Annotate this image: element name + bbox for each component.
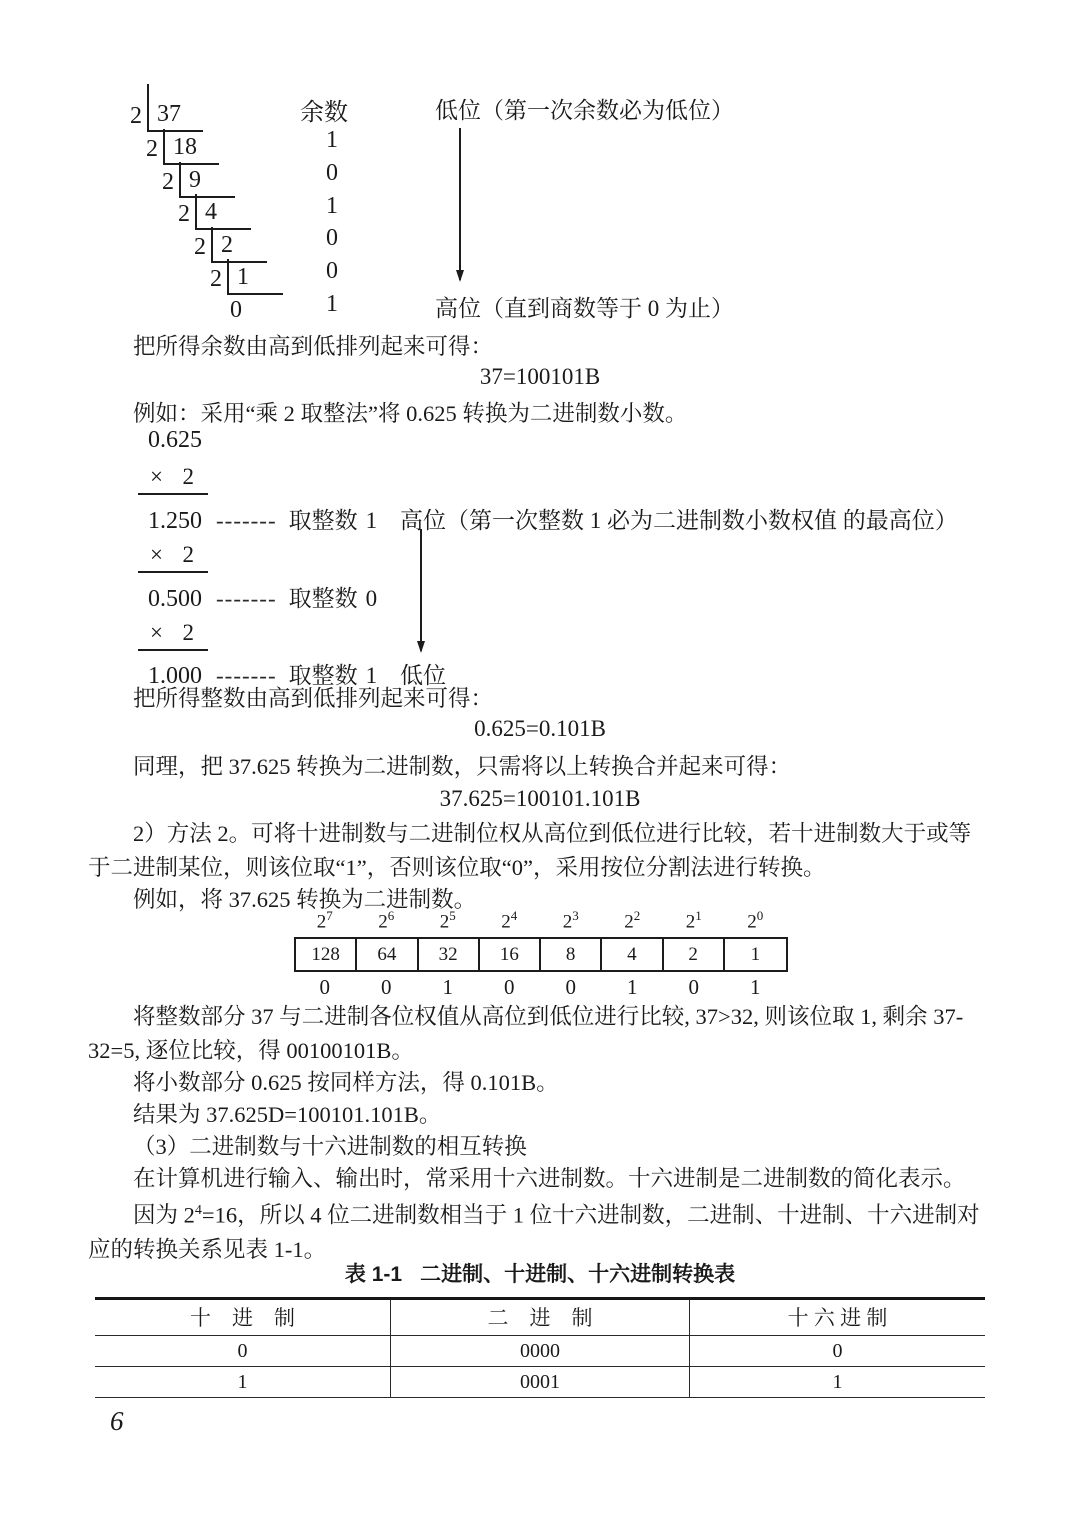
bit-cell: 0 xyxy=(540,975,602,1000)
multiply-by-two-diagram: 0.625 × 2 1.250 ------- 取整数 1 高位（第一次整数 1… xyxy=(0,425,1080,685)
take-integer-label: 取整数 xyxy=(289,580,358,613)
short-division-diagram: 2 37 2 18 2 9 2 4 2 2 2 1 0 余数 1 0 1 0 0… xyxy=(0,90,1080,340)
table-header-row: 十 进 制 二 进 制 十 六 进 制 xyxy=(95,1300,985,1336)
remainder-value: 0 xyxy=(320,161,344,185)
combine-paragraph: 同理，把 37.625 转换为二进制数，只需将以上转换合并起来可得： xyxy=(88,750,990,784)
power-label: 20 xyxy=(725,908,787,933)
low-bit-note: 低位（第一次余数必为低位） xyxy=(435,92,734,125)
weight-cell: 16 xyxy=(480,939,541,970)
high-bit-note: 高位（第一次整数 1 必为二进制数小数权值 的最高位） xyxy=(400,502,958,535)
header-decimal: 十 进 制 xyxy=(95,1300,390,1335)
compare-fraction-paragraph: 将小数部分 0.625 按同样方法，得 0.101B。 xyxy=(88,1066,990,1100)
arrowhead-icon xyxy=(456,270,464,282)
collect-remainders-paragraph: 把所得余数由高到低排列起来可得： xyxy=(88,330,990,364)
integer-bit: 1 xyxy=(358,508,378,534)
conversion-table: 十 进 制 二 进 制 十 六 进 制 0 0000 0 1 0001 1 xyxy=(95,1297,985,1398)
division-step: 2 4 xyxy=(178,194,251,230)
weight-cell: 4 xyxy=(602,939,663,970)
multiplier: 2 xyxy=(183,465,195,488)
bit-cell: 0 xyxy=(294,975,356,1000)
divisor-label: 2 xyxy=(178,202,195,230)
exponent: 4 xyxy=(195,1203,202,1218)
divisor-label: 2 xyxy=(162,170,179,198)
multiply-row: × 2 xyxy=(138,621,208,651)
product-row: 0.500 ------- 取整数 0 xyxy=(148,580,377,613)
divisor-label: 2 xyxy=(146,137,163,165)
weight-cell: 32 xyxy=(419,939,480,970)
weight-cell: 128 xyxy=(296,939,357,970)
product-value: 0.500 xyxy=(148,586,202,613)
integer-equation: 37=100101B xyxy=(0,364,1080,390)
weight-cell: 2 xyxy=(664,939,725,970)
product-value: 1.250 xyxy=(148,508,202,535)
dash-leader: ------- xyxy=(202,508,289,534)
dash-leader: ------- xyxy=(202,586,289,612)
divisor-label: 2 xyxy=(210,267,227,295)
collect-integers-paragraph: 把所得整数由高到低排列起来可得： xyxy=(88,682,990,716)
textbook-page: 2 37 2 18 2 9 2 4 2 2 2 1 0 余数 1 0 1 0 0… xyxy=(0,0,1080,1527)
dividend-value: 9 xyxy=(179,162,235,198)
bit-cell: 1 xyxy=(417,975,479,1000)
hex-cell: 0 xyxy=(690,1336,985,1366)
bit-cell: 1 xyxy=(602,975,664,1000)
divisor-label: 2 xyxy=(130,104,147,132)
weight-cell: 1 xyxy=(725,939,786,970)
final-quotient: 0 xyxy=(230,298,242,322)
binary-cell: 0001 xyxy=(390,1367,690,1397)
decimal-cell: 0 xyxy=(95,1336,390,1366)
multiply-sign: × xyxy=(150,621,163,644)
multiplier: 2 xyxy=(183,621,195,644)
page-number: 6 xyxy=(110,1406,124,1437)
bit-cell: 0 xyxy=(479,975,541,1000)
dividend-value: 1 xyxy=(227,259,283,295)
dividend-value: 37 xyxy=(147,84,203,132)
dividend-value: 4 xyxy=(195,194,251,230)
down-arrow xyxy=(420,529,422,651)
take-integer-label: 取整数 xyxy=(289,502,358,535)
division-step: 2 37 xyxy=(130,84,203,132)
remainder-column-header: 余数 xyxy=(300,92,348,127)
division-step: 2 1 xyxy=(210,259,283,295)
power-label: 26 xyxy=(356,908,418,933)
power-label: 25 xyxy=(417,908,479,933)
table-row: 0 0000 0 xyxy=(95,1336,985,1367)
division-step: 2 2 xyxy=(194,227,267,263)
table-caption: 表 1-1二进制、十进制、十六进制转换表 xyxy=(0,1258,1080,1288)
bit-result-row: 0 0 1 0 0 1 0 1 xyxy=(294,975,788,1000)
compare-integer-paragraph: 将整数部分 37 与二进制各位权值从高位到低位进行比较, 37>32, 则该位取… xyxy=(88,1000,990,1068)
dividend-value: 2 xyxy=(211,227,267,263)
arrowhead-icon xyxy=(417,641,425,653)
binary-cell: 0000 xyxy=(390,1336,690,1366)
combined-equation: 37.625=100101.101B xyxy=(0,786,1080,812)
result-paragraph: 结果为 37.625D=100101.101B。 xyxy=(88,1098,990,1132)
weight-cell: 8 xyxy=(541,939,602,970)
method2-paragraph: 2）方法 2。可将十进制数与二进制位权从高位到低位进行比较，若十进制数大于或等于… xyxy=(88,817,990,885)
weight-value-row: 128 64 32 16 8 4 2 1 xyxy=(294,937,788,972)
remainder-value: 0 xyxy=(320,259,344,283)
power-label: 22 xyxy=(602,908,664,933)
power-label: 21 xyxy=(663,908,725,933)
table-row: 1 0001 1 xyxy=(95,1367,985,1398)
multiplier: 2 xyxy=(183,543,195,566)
power-header-row: 27 26 25 24 23 22 21 20 xyxy=(294,908,788,933)
fraction-equation: 0.625=0.101B xyxy=(0,716,1080,742)
down-arrow xyxy=(459,128,461,280)
high-bit-note: 高位（直到商数等于 0 为止） xyxy=(435,290,734,323)
product-row: 1.250 ------- 取整数 1 xyxy=(148,502,377,535)
divisor-label: 2 xyxy=(194,235,211,263)
remainder-value: 1 xyxy=(320,128,344,152)
dividend-value: 18 xyxy=(163,129,219,165)
weight-cell: 64 xyxy=(357,939,418,970)
because-paragraph: 因为 24=16，所以 4 位二进制数相当于 1 位十六进制数，二进制、十进制、… xyxy=(88,1194,990,1267)
remainder-value: 1 xyxy=(320,292,344,316)
multiply-sign: × xyxy=(150,465,163,488)
multiply-sign: × xyxy=(150,543,163,566)
because-rest: =16，所以 4 位二进制数相当于 1 位十六进制数，二进制、十进制、十六进制对… xyxy=(88,1203,980,1262)
multiply-row: × 2 xyxy=(138,543,208,573)
hex-intro-paragraph: 在计算机进行输入、输出时，常采用十六进制数。十六进制是二进制数的简化表示。 xyxy=(88,1162,990,1196)
because-prefix: 因为 2 xyxy=(133,1203,195,1228)
header-hex: 十 六 进 制 xyxy=(690,1300,985,1335)
hex-cell: 1 xyxy=(690,1367,985,1397)
binary-weights-table: 27 26 25 24 23 22 21 20 128 64 32 16 8 4… xyxy=(294,908,788,1000)
remainder-value: 0 xyxy=(320,226,344,250)
table-label: 表 1-1 xyxy=(345,1263,402,1286)
decimal-cell: 1 xyxy=(95,1367,390,1397)
table-title: 二进制、十进制、十六进制转换表 xyxy=(420,1263,735,1286)
bit-cell: 1 xyxy=(725,975,787,1000)
power-label: 27 xyxy=(294,908,356,933)
power-label: 24 xyxy=(479,908,541,933)
bit-cell: 0 xyxy=(663,975,725,1000)
remainder-value: 1 xyxy=(320,194,344,218)
multiply-row: × 2 xyxy=(138,465,208,495)
integer-bit: 0 xyxy=(358,586,378,612)
bit-cell: 0 xyxy=(356,975,418,1000)
header-binary: 二 进 制 xyxy=(390,1300,690,1335)
division-step: 2 9 xyxy=(162,162,235,198)
division-step: 2 18 xyxy=(146,129,219,165)
start-value: 0.625 xyxy=(148,427,202,454)
power-label: 23 xyxy=(540,908,602,933)
section3-heading: （3）二进制数与十六进制数的相互转换 xyxy=(88,1130,990,1164)
